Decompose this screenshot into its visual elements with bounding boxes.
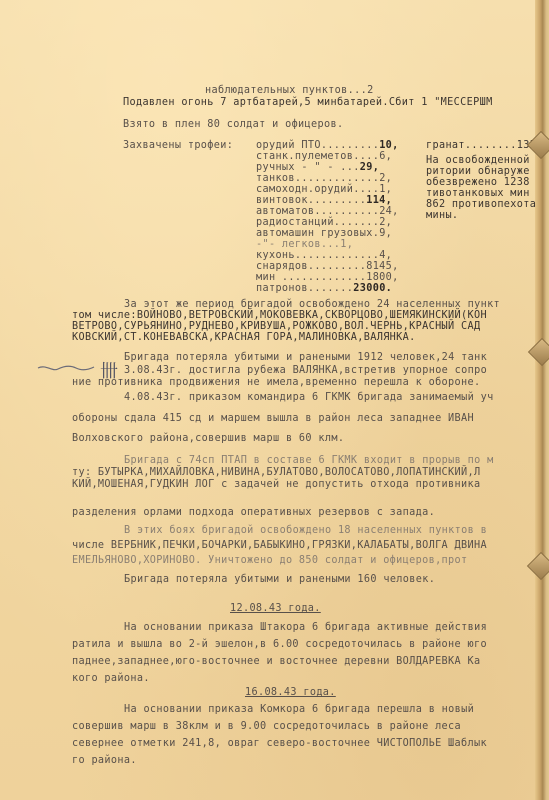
text-line: кого района. — [72, 673, 150, 685]
text-line: севернее отметки 241,8, овраг северо-вос… — [72, 738, 487, 750]
text-line: На основании приказа Комкора 6 бригада п… — [124, 704, 474, 716]
text-line: ЕМЕЛЬЯНОВО,ХОРИНОВО. Уничтожено до 850 с… — [72, 555, 468, 567]
prisoners-line: Взято в плен 80 солдат и офицеров. — [123, 119, 343, 131]
binding-edge — [535, 0, 549, 800]
text-line: разделения орлами подхода оперативных ре… — [72, 507, 435, 519]
suppressed-fire-line: Подавлен огонь 7 артбатарей,5 минбатарей… — [123, 97, 493, 109]
torn-edge-fragment — [528, 338, 549, 366]
scanned-document-page: наблюдательных пунктов...2 Подавлен огон… — [0, 0, 549, 800]
pencil-squiggle-icon — [36, 362, 96, 376]
section-heading-date: 16.08.43 года. — [245, 687, 336, 699]
text-line: КИЙ,МОШЕНАЯ,ГУДКИН ЛОГ с задачей не допу… — [72, 479, 480, 491]
text-line: Волховского района,совершив марш в 60 кл… — [72, 433, 344, 445]
text-line: 3.08.43г. достигла рубежа ВАЛЯНКА,встрет… — [124, 365, 487, 377]
text-line: ние противника продвижения не имела,врем… — [72, 377, 480, 389]
text-line: На основании приказа Штакора 6 бригада а… — [124, 622, 487, 634]
text-line: совершив марш в 38клм и в 9.00 сосредото… — [72, 721, 461, 733]
text-line: 4.08.43г. приказом командира 6 ГКМК бриг… — [124, 392, 494, 404]
text-line: обороны сдала 415 сд и маршем вышла в ра… — [72, 413, 474, 425]
text-line: го района. — [72, 755, 137, 767]
observation-points-line: наблюдательных пунктов...2 — [205, 85, 374, 97]
text-line: В этих боях бригадой освобождено 18 насе… — [124, 525, 487, 537]
text-line: КОВСКИЙ,СТ.КОНЕВАВСКА,КРАСНАЯ ГОРА,МАЛИН… — [72, 332, 416, 344]
text-line: ту: БУТЫРКА,МИХАЙЛОВКА,НИВИНА,БУЛАТОВО,В… — [72, 467, 480, 479]
losses-line: Бригада потеряла убитыми и ранеными 160 … — [124, 574, 435, 586]
text-line: паднее,западнее,юго-восточнее и восточне… — [72, 656, 480, 668]
trophy-item: патронов.......23000. — [256, 283, 392, 295]
text-line: Бригада с 74сп ПТАП в составе 6 ГКМК вхо… — [124, 455, 494, 467]
section-heading-date: 12.08.43 года. — [230, 603, 321, 615]
grenades-line: гранат........135 — [426, 140, 536, 152]
mines-note-line: мины. — [426, 210, 458, 222]
text-line: ратила и вышла во 2-й эшелон,в 6.00 соср… — [72, 639, 487, 651]
trophies-label: Захвачены трофеи: — [123, 140, 233, 152]
losses-line: Бригада потеряла убитыми и ранеными 1912… — [124, 352, 487, 364]
text-line: числе ВЕРБНИК,ПЕЧКИ,БОЧАРКИ,БАБЫКИНО,ГРЯ… — [72, 540, 487, 552]
